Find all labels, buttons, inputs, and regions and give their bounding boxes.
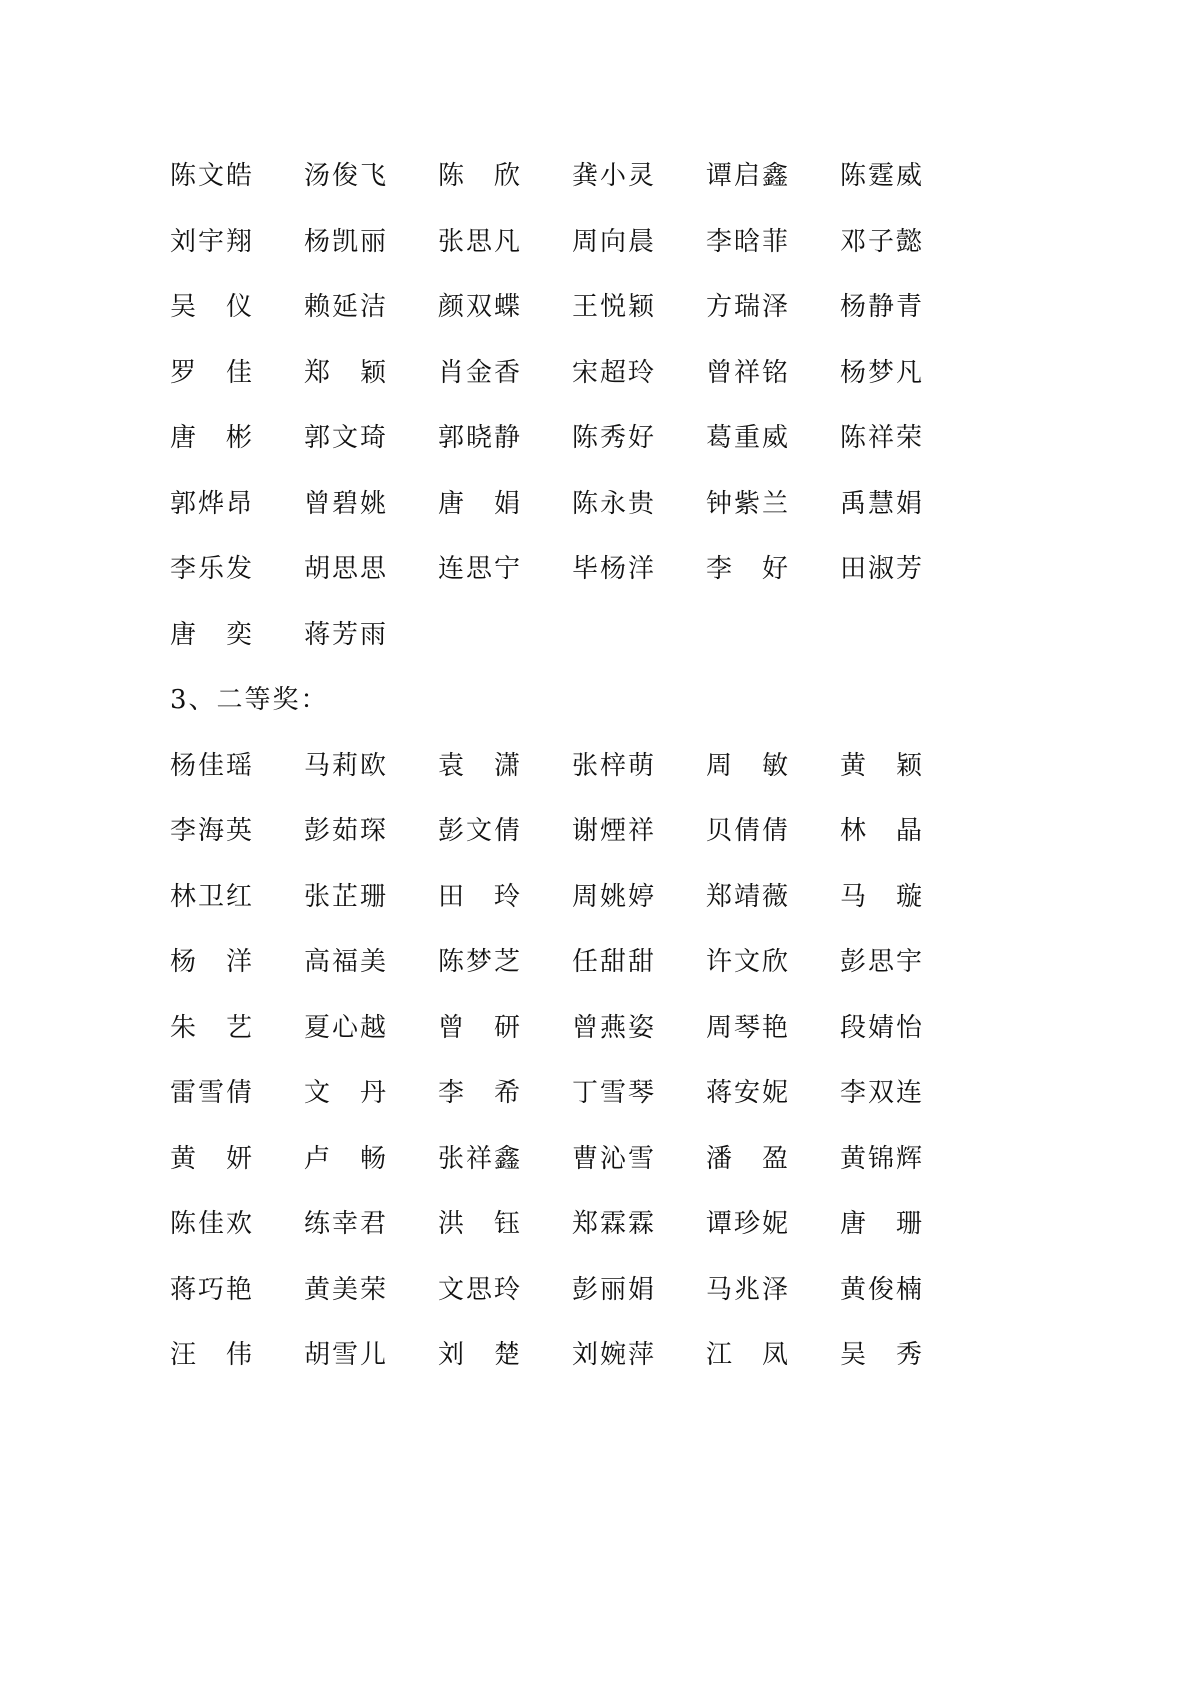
name-cell: 曾燕姿: [572, 1000, 706, 1066]
name-cell: 周姚婷: [572, 869, 706, 935]
name-cell: 夏心越: [304, 1000, 438, 1066]
name-cell: 周琴艳: [706, 1000, 840, 1066]
name-cell: 雷雪倩: [170, 1065, 304, 1131]
name-cell: 陈永贵: [572, 476, 706, 542]
name-cell: 许文欣: [706, 934, 840, 1000]
name-cell: 李双连: [840, 1065, 974, 1131]
name-cell: 朱 艺: [170, 1000, 304, 1066]
name-cell: 蒋巧艳: [170, 1262, 304, 1328]
name-cell: 陈佳欢: [170, 1196, 304, 1262]
name-cell: 段婧怡: [840, 1000, 974, 1066]
name-cell: 陈秀好: [572, 410, 706, 476]
name-cell: 田 玲: [438, 869, 572, 935]
name-cell: 黄俊楠: [840, 1262, 974, 1328]
name-cell: 洪 钰: [438, 1196, 572, 1262]
name-cell: 彭文倩: [438, 803, 572, 869]
section-heading-second-prize: 3、二等奖：: [170, 672, 1030, 738]
name-cell: 陈霆威: [840, 148, 974, 214]
name-cell: 刘婉萍: [572, 1327, 706, 1393]
name-cell: 郭烨昂: [170, 476, 304, 542]
name-cell: 谭启鑫: [706, 148, 840, 214]
name-cell: 李 好: [706, 541, 840, 607]
name-cell: 唐 彬: [170, 410, 304, 476]
name-cell: 胡雪儿: [304, 1327, 438, 1393]
name-cell: 李海英: [170, 803, 304, 869]
name-cell: 胡思思: [304, 541, 438, 607]
name-cell: 陈梦芝: [438, 934, 572, 1000]
name-cell: 马 璇: [840, 869, 974, 935]
name-cell: 贝倩倩: [706, 803, 840, 869]
name-cell: 彭思宇: [840, 934, 974, 1000]
name-cell: 李晗菲: [706, 214, 840, 280]
name-cell: 吴 秀: [840, 1327, 974, 1393]
name-cell: 禹慧娟: [840, 476, 974, 542]
name-cell: 黄 颖: [840, 738, 974, 804]
name-cell: 唐 娟: [438, 476, 572, 542]
name-cell: 黄 妍: [170, 1131, 304, 1197]
name-cell: 陈祥荣: [840, 410, 974, 476]
name-cell: 陈 欣: [438, 148, 572, 214]
name-cell: 丁雪琴: [572, 1065, 706, 1131]
name-cell: 田淑芳: [840, 541, 974, 607]
name-cell: 彭茹琛: [304, 803, 438, 869]
name-cell: 方瑞泽: [706, 279, 840, 345]
name-cell: 周 敏: [706, 738, 840, 804]
name-cell: 潘 盈: [706, 1131, 840, 1197]
name-cell: 龚小灵: [572, 148, 706, 214]
name-cell: 江 凤: [706, 1327, 840, 1393]
name-cell: 郭晓静: [438, 410, 572, 476]
name-cell: 文思玲: [438, 1262, 572, 1328]
name-cell: 唐 珊: [840, 1196, 974, 1262]
name-cell: 刘 楚: [438, 1327, 572, 1393]
name-cell: 刘宇翔: [170, 214, 304, 280]
name-cell: 文 丹: [304, 1065, 438, 1131]
name-cell: 汪 伟: [170, 1327, 304, 1393]
name-cell: 曾碧姚: [304, 476, 438, 542]
name-cell: 蒋芳雨: [304, 607, 438, 673]
name-cell: 杨凯丽: [304, 214, 438, 280]
name-cell: 杨静青: [840, 279, 974, 345]
name-cell: 杨梦凡: [840, 345, 974, 411]
name-cell: 张梓萌: [572, 738, 706, 804]
name-cell: 练幸君: [304, 1196, 438, 1262]
name-cell: 卢 畅: [304, 1131, 438, 1197]
name-cell: 肖金香: [438, 345, 572, 411]
name-grid-continued: 陈文皓汤俊飞陈 欣龚小灵谭启鑫陈霆威刘宇翔杨凯丽张思凡周向晨李晗菲邓子懿吴 仪赖…: [170, 148, 1030, 672]
name-cell: 任甜甜: [572, 934, 706, 1000]
name-cell: 颜双蝶: [438, 279, 572, 345]
name-grid-second-prize: 杨佳瑶马莉欧袁 潇张梓萌周 敏黄 颖李海英彭茹琛彭文倩谢煙祥贝倩倩林 晶林卫红张…: [170, 738, 1030, 1393]
name-cell: 张祥鑫: [438, 1131, 572, 1197]
name-cell: 毕杨洋: [572, 541, 706, 607]
name-cell: 黄锦辉: [840, 1131, 974, 1197]
name-cell: 邓子懿: [840, 214, 974, 280]
document-page: 陈文皓汤俊飞陈 欣龚小灵谭启鑫陈霆威刘宇翔杨凯丽张思凡周向晨李晗菲邓子懿吴 仪赖…: [170, 148, 1030, 1393]
name-cell: 林卫红: [170, 869, 304, 935]
name-cell: 谢煙祥: [572, 803, 706, 869]
name-cell: 王悦颖: [572, 279, 706, 345]
name-cell: 葛重威: [706, 410, 840, 476]
name-cell: 郑靖薇: [706, 869, 840, 935]
name-cell: 林 晶: [840, 803, 974, 869]
name-cell: 马兆泽: [706, 1262, 840, 1328]
name-cell: 李乐发: [170, 541, 304, 607]
name-cell: 张芷珊: [304, 869, 438, 935]
name-cell: 连思宁: [438, 541, 572, 607]
name-cell: 曾祥铭: [706, 345, 840, 411]
name-cell: 唐 奕: [170, 607, 304, 673]
name-cell: 李 希: [438, 1065, 572, 1131]
name-cell: 谭珍妮: [706, 1196, 840, 1262]
name-cell: 陈文皓: [170, 148, 304, 214]
name-cell: 周向晨: [572, 214, 706, 280]
name-cell: 钟紫兰: [706, 476, 840, 542]
name-cell: 彭丽娟: [572, 1262, 706, 1328]
name-cell: 罗 佳: [170, 345, 304, 411]
name-cell: 杨 洋: [170, 934, 304, 1000]
name-cell: 曾 研: [438, 1000, 572, 1066]
name-cell: 马莉欧: [304, 738, 438, 804]
name-cell: 郭文琦: [304, 410, 438, 476]
name-cell: 郑霖霖: [572, 1196, 706, 1262]
name-cell: 高福美: [304, 934, 438, 1000]
name-cell: 宋超玲: [572, 345, 706, 411]
name-cell: 袁 潇: [438, 738, 572, 804]
name-cell: 黄美荣: [304, 1262, 438, 1328]
name-cell: 曹沁雪: [572, 1131, 706, 1197]
name-cell: 杨佳瑶: [170, 738, 304, 804]
name-cell: 吴 仪: [170, 279, 304, 345]
name-cell: 赖延洁: [304, 279, 438, 345]
name-cell: 郑 颖: [304, 345, 438, 411]
name-cell: 蒋安妮: [706, 1065, 840, 1131]
name-cell: 汤俊飞: [304, 148, 438, 214]
name-cell: 张思凡: [438, 214, 572, 280]
